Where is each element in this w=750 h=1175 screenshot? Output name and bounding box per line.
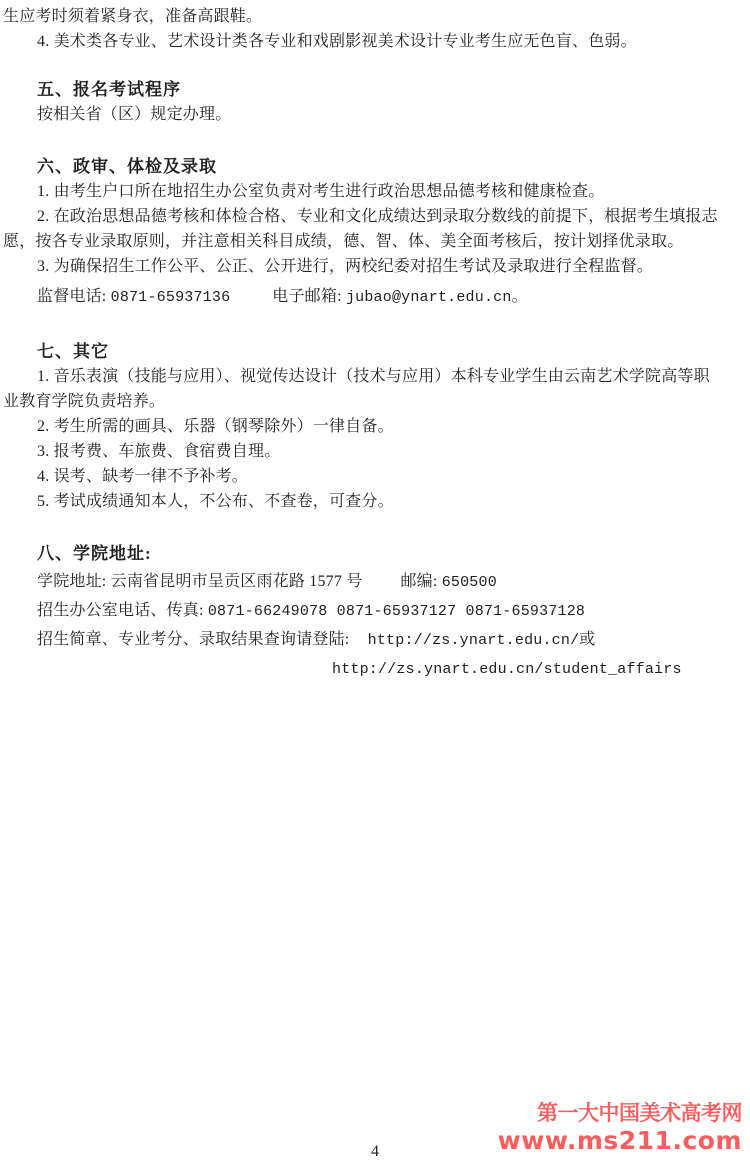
watermark-site-url: www.ms211.com bbox=[498, 1128, 742, 1153]
postcode-value: 650500 bbox=[442, 574, 497, 591]
section7-item-4: 4. 误考、缺考一律不予补考。 bbox=[3, 464, 718, 489]
document-page: 生应考时须着紧身衣，准备高跟鞋。 4. 美术类各专业、艺术设计类各专业和戏剧影视… bbox=[0, 0, 750, 1175]
admission-phone-numbers: 0871-66249078 0871-65937127 0871-6593712… bbox=[208, 603, 585, 620]
section5-heading: 五、报名考试程序 bbox=[3, 77, 718, 102]
section7-heading: 七、其它 bbox=[3, 339, 718, 364]
website-url-2[interactable]: http://zs.ynart.edu.cn/student_affairs bbox=[332, 661, 682, 678]
section7-item-1-line-1: 1. 音乐表演（技能与应用）、视觉传达设计（技术与应用）本科专业学生由云南艺术学… bbox=[3, 364, 718, 389]
section7-item-2: 2. 考生所需的画具、乐器（钢琴除外）一律自备。 bbox=[3, 414, 718, 439]
section6-item-2-line-1: 2. 在政治思想品德考核和体检合格、专业和文化成绩达到录取分数线的前提下，根据考… bbox=[3, 204, 718, 229]
college-address-line: 学院地址: 云南省昆明市呈贡区雨花路 1577 号邮编: 650500 bbox=[3, 568, 718, 597]
college-address: 学院地址: 云南省昆明市呈贡区雨花路 1577 号 bbox=[37, 573, 362, 590]
supervision-email-period: 。 bbox=[512, 288, 528, 305]
website-url-1[interactable]: http://zs.ynart.edu.cn/ bbox=[368, 632, 580, 649]
section5-body: 按相关省（区）规定办理。 bbox=[3, 102, 718, 127]
section6-item-3: 3. 为确保招生工作公平、公正、公开进行，两校纪委对招生考试及录取进行全程监督。 bbox=[3, 254, 718, 279]
intro-continuation-line: 生应考时须着紧身衣，准备高跟鞋。 bbox=[3, 4, 718, 29]
admission-phones-label: 招生办公室电话、传真: bbox=[37, 602, 208, 619]
website-label: 招生简章、专业考分、录取结果查询请登陆: bbox=[37, 631, 354, 648]
section7-item-3: 3. 报考费、车旅费、食宿费自理。 bbox=[3, 439, 718, 464]
section7-item-1-line-2: 业教育学院负责培养。 bbox=[3, 389, 718, 414]
document-body: 生应考时须着紧身衣，准备高跟鞋。 4. 美术类各专业、艺术设计类各专业和戏剧影视… bbox=[3, 4, 718, 684]
section7-item-5: 5. 考试成绩通知本人，不公布、不查卷，可查分。 bbox=[3, 489, 718, 514]
section6-item-2-line-2: 愿，按各专业录取原则，并注意相关科目成绩，德、智、体、美全面考核后，按计划择优录… bbox=[3, 229, 718, 254]
website-url-1-suffix: 或 bbox=[579, 631, 595, 648]
website-line-2: http://zs.ynart.edu.cn/student_affairs bbox=[3, 655, 718, 684]
website-line-1: 招生简章、专业考分、录取结果查询请登陆: http://zs.ynart.edu… bbox=[3, 626, 718, 655]
section8-heading: 八、学院地址: bbox=[3, 541, 718, 566]
supervision-email-label: 电子邮箱: bbox=[272, 288, 346, 305]
intro-item-4: 4. 美术类各专业、艺术设计类各专业和戏剧影视美术设计专业考生应无色盲、色弱。 bbox=[3, 29, 718, 54]
section6-heading: 六、政审、体检及录取 bbox=[3, 154, 718, 179]
supervision-email-address[interactable]: jubao@ynart.edu.cn bbox=[346, 289, 512, 306]
admission-office-phones-line: 招生办公室电话、传真: 0871-66249078 0871-65937127 … bbox=[3, 597, 718, 626]
watermark: 第一大中国美术高考网 www.ms211.com bbox=[498, 1103, 742, 1153]
postcode-label: 邮编: bbox=[400, 573, 441, 590]
supervision-contact-line: 监督电话: 0871-65937136电子邮箱: jubao@ynart.edu… bbox=[3, 284, 718, 310]
supervision-phone-label: 监督电话: bbox=[37, 288, 111, 305]
watermark-site-name: 第一大中国美术高考网 bbox=[498, 1103, 742, 1124]
supervision-phone-number: 0871-65937136 bbox=[111, 289, 231, 306]
section6-item-1: 1. 由考生户口所在地招生办公室负责对考生进行政治思想品德考核和健康检查。 bbox=[3, 179, 718, 204]
